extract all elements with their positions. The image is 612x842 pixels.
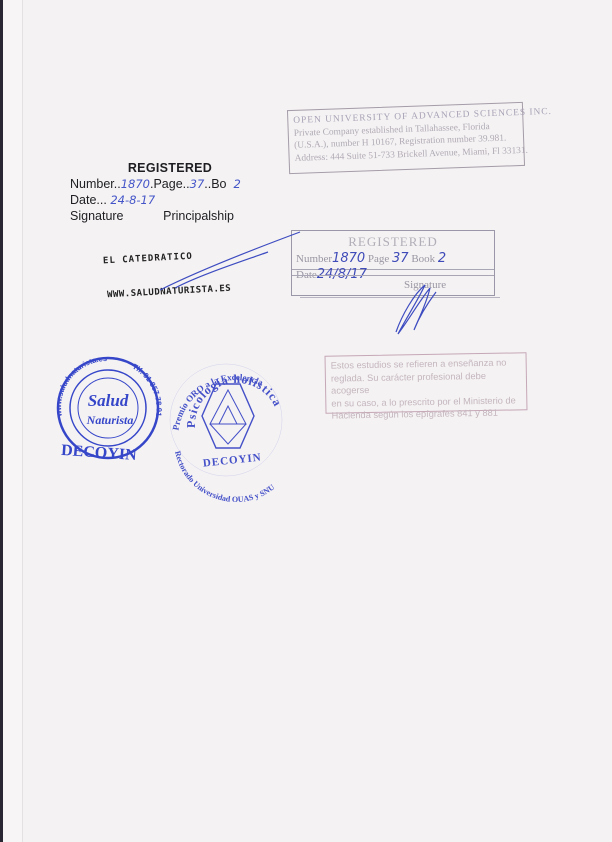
seal-naturista-text: Naturista xyxy=(86,413,134,427)
seal-psicologia-holistica: Premio ORO a la Excelencia Psicología ho… xyxy=(170,364,285,504)
svg-text:Tlf. 91 857 78 91: Tlf. 91 857 78 91 xyxy=(131,362,164,417)
seal-decoyin-text: DECOYIN xyxy=(202,452,262,470)
pen-stroke xyxy=(160,232,300,290)
ink-overlay: www.saludnaturista.es Tlf. 91 857 78 91 … xyxy=(0,0,612,842)
seal-salud-text: Salud xyxy=(88,391,129,410)
signature-scribble xyxy=(396,285,436,334)
seal-salud-naturista: www.saludnaturista.es Tlf. 91 857 78 91 … xyxy=(54,354,164,464)
seal-phone-text: Tlf. 91 857 78 91 xyxy=(131,362,164,417)
seal-decoyin-text: DECOYIN xyxy=(61,442,138,464)
